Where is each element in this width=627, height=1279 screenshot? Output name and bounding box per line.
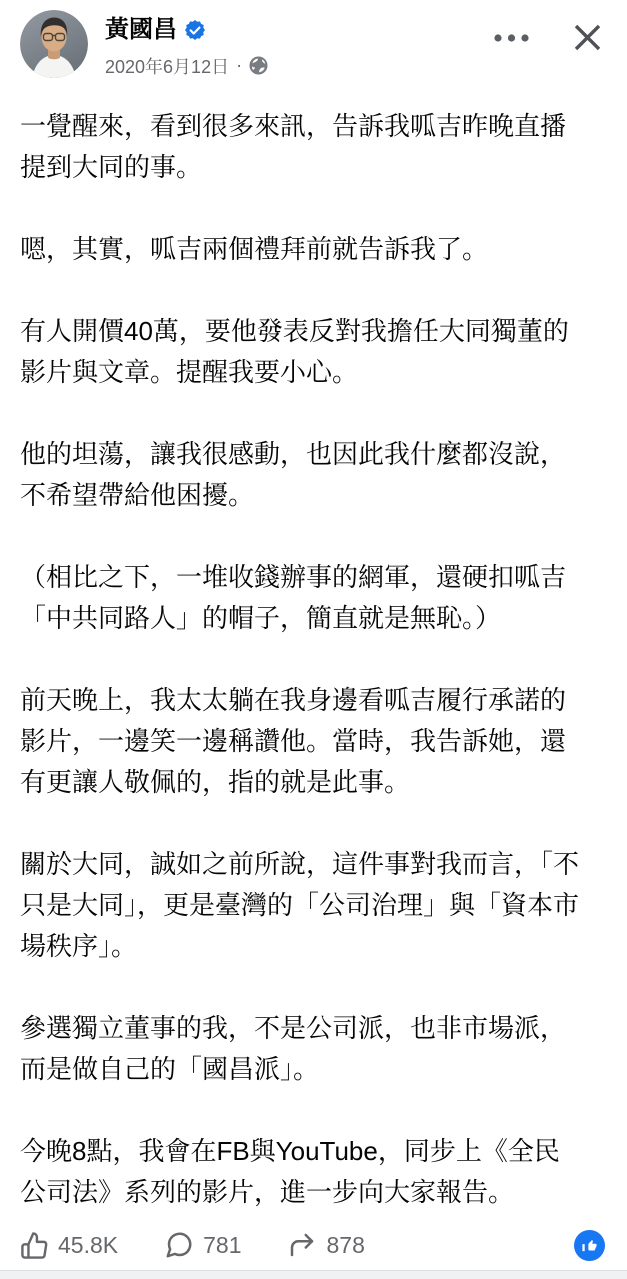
close-button[interactable] [568, 18, 607, 57]
x-icon [572, 22, 603, 53]
post-paragraph: 他的坦蕩，讓我很感動，也因此我什麼都沒說，不希望帶給他困擾。 [20, 434, 580, 516]
like-button[interactable] [574, 1230, 605, 1261]
header-actions [489, 18, 607, 57]
header-meta: 黃國昌 2020年6月12日 · [105, 10, 268, 79]
facebook-post-view: 黃國昌 2020年6月12日 · [0, 0, 627, 1279]
like-count: 45.8K [58, 1232, 118, 1259]
post-paragraph: 嗯，其實，呱吉兩個禮拜前就告訴我了。 [20, 229, 580, 270]
dot-separator: · [236, 55, 242, 76]
post-text: 一覺醒來，看到很多來訊，告訴我呱吉昨晚直播提到大同的事。 嗯，其實，呱吉兩個禮拜… [20, 106, 580, 1213]
post-paragraph: 一覺醒來，看到很多來訊，告訴我呱吉昨晚直播提到大同的事。 [20, 106, 580, 188]
post-date[interactable]: 2020年6月12日 [105, 53, 229, 79]
ellipsis-icon [493, 33, 530, 43]
thumbs-up-icon [20, 1231, 49, 1260]
reactions-bar: 45.8K 781 878 [20, 1230, 607, 1261]
like-count-button[interactable]: 45.8K [20, 1231, 118, 1260]
author-name[interactable]: 黃國昌 [105, 16, 177, 45]
thumbs-up-filled-icon [581, 1237, 598, 1254]
avatar[interactable] [20, 10, 88, 78]
share-count: 878 [326, 1232, 364, 1259]
post-paragraph: （相比之下，一堆收錢辦事的網軍，還硬扣呱吉「中共同路人」的帽子，簡直就是無恥。） [20, 557, 580, 639]
post-paragraph: 有人開價40萬，要他發表反對我擔任大同獨董的影片與文章。提醒我要小心。 [20, 311, 580, 393]
comment-bubble-icon [164, 1230, 194, 1260]
post-meta-row: 2020年6月12日 · [105, 53, 268, 79]
post-paragraph: 前天晚上，我太太躺在我身邊看呱吉履行承諾的影片，一邊笑一邊稱讚他。當時，我告訴她… [20, 680, 580, 803]
avatar-portrait-icon [20, 10, 88, 78]
globe-icon [249, 56, 268, 75]
post-paragraph: 參選獨立董事的我，不是公司派，也非市場派，而是做自己的「國昌派」。 [20, 1008, 580, 1090]
post-paragraph: 關於大同，誠如之前所說，這件事對我而言，「不只是大同」，更是臺灣的「公司治理」與… [20, 844, 580, 967]
share-count-button[interactable]: 878 [287, 1230, 364, 1260]
comment-count: 781 [203, 1232, 241, 1259]
more-options-button[interactable] [489, 29, 534, 47]
post-header: 黃國昌 2020年6月12日 · [20, 10, 607, 79]
comments-section-divider [0, 1270, 627, 1279]
post-paragraph: 今晚8點，我會在FB與YouTube，同步上《全民公司法》系列的影片，進一步向大… [20, 1131, 580, 1213]
comment-count-button[interactable]: 781 [164, 1230, 241, 1260]
verified-badge-icon [185, 20, 205, 40]
share-arrow-icon [287, 1230, 317, 1260]
